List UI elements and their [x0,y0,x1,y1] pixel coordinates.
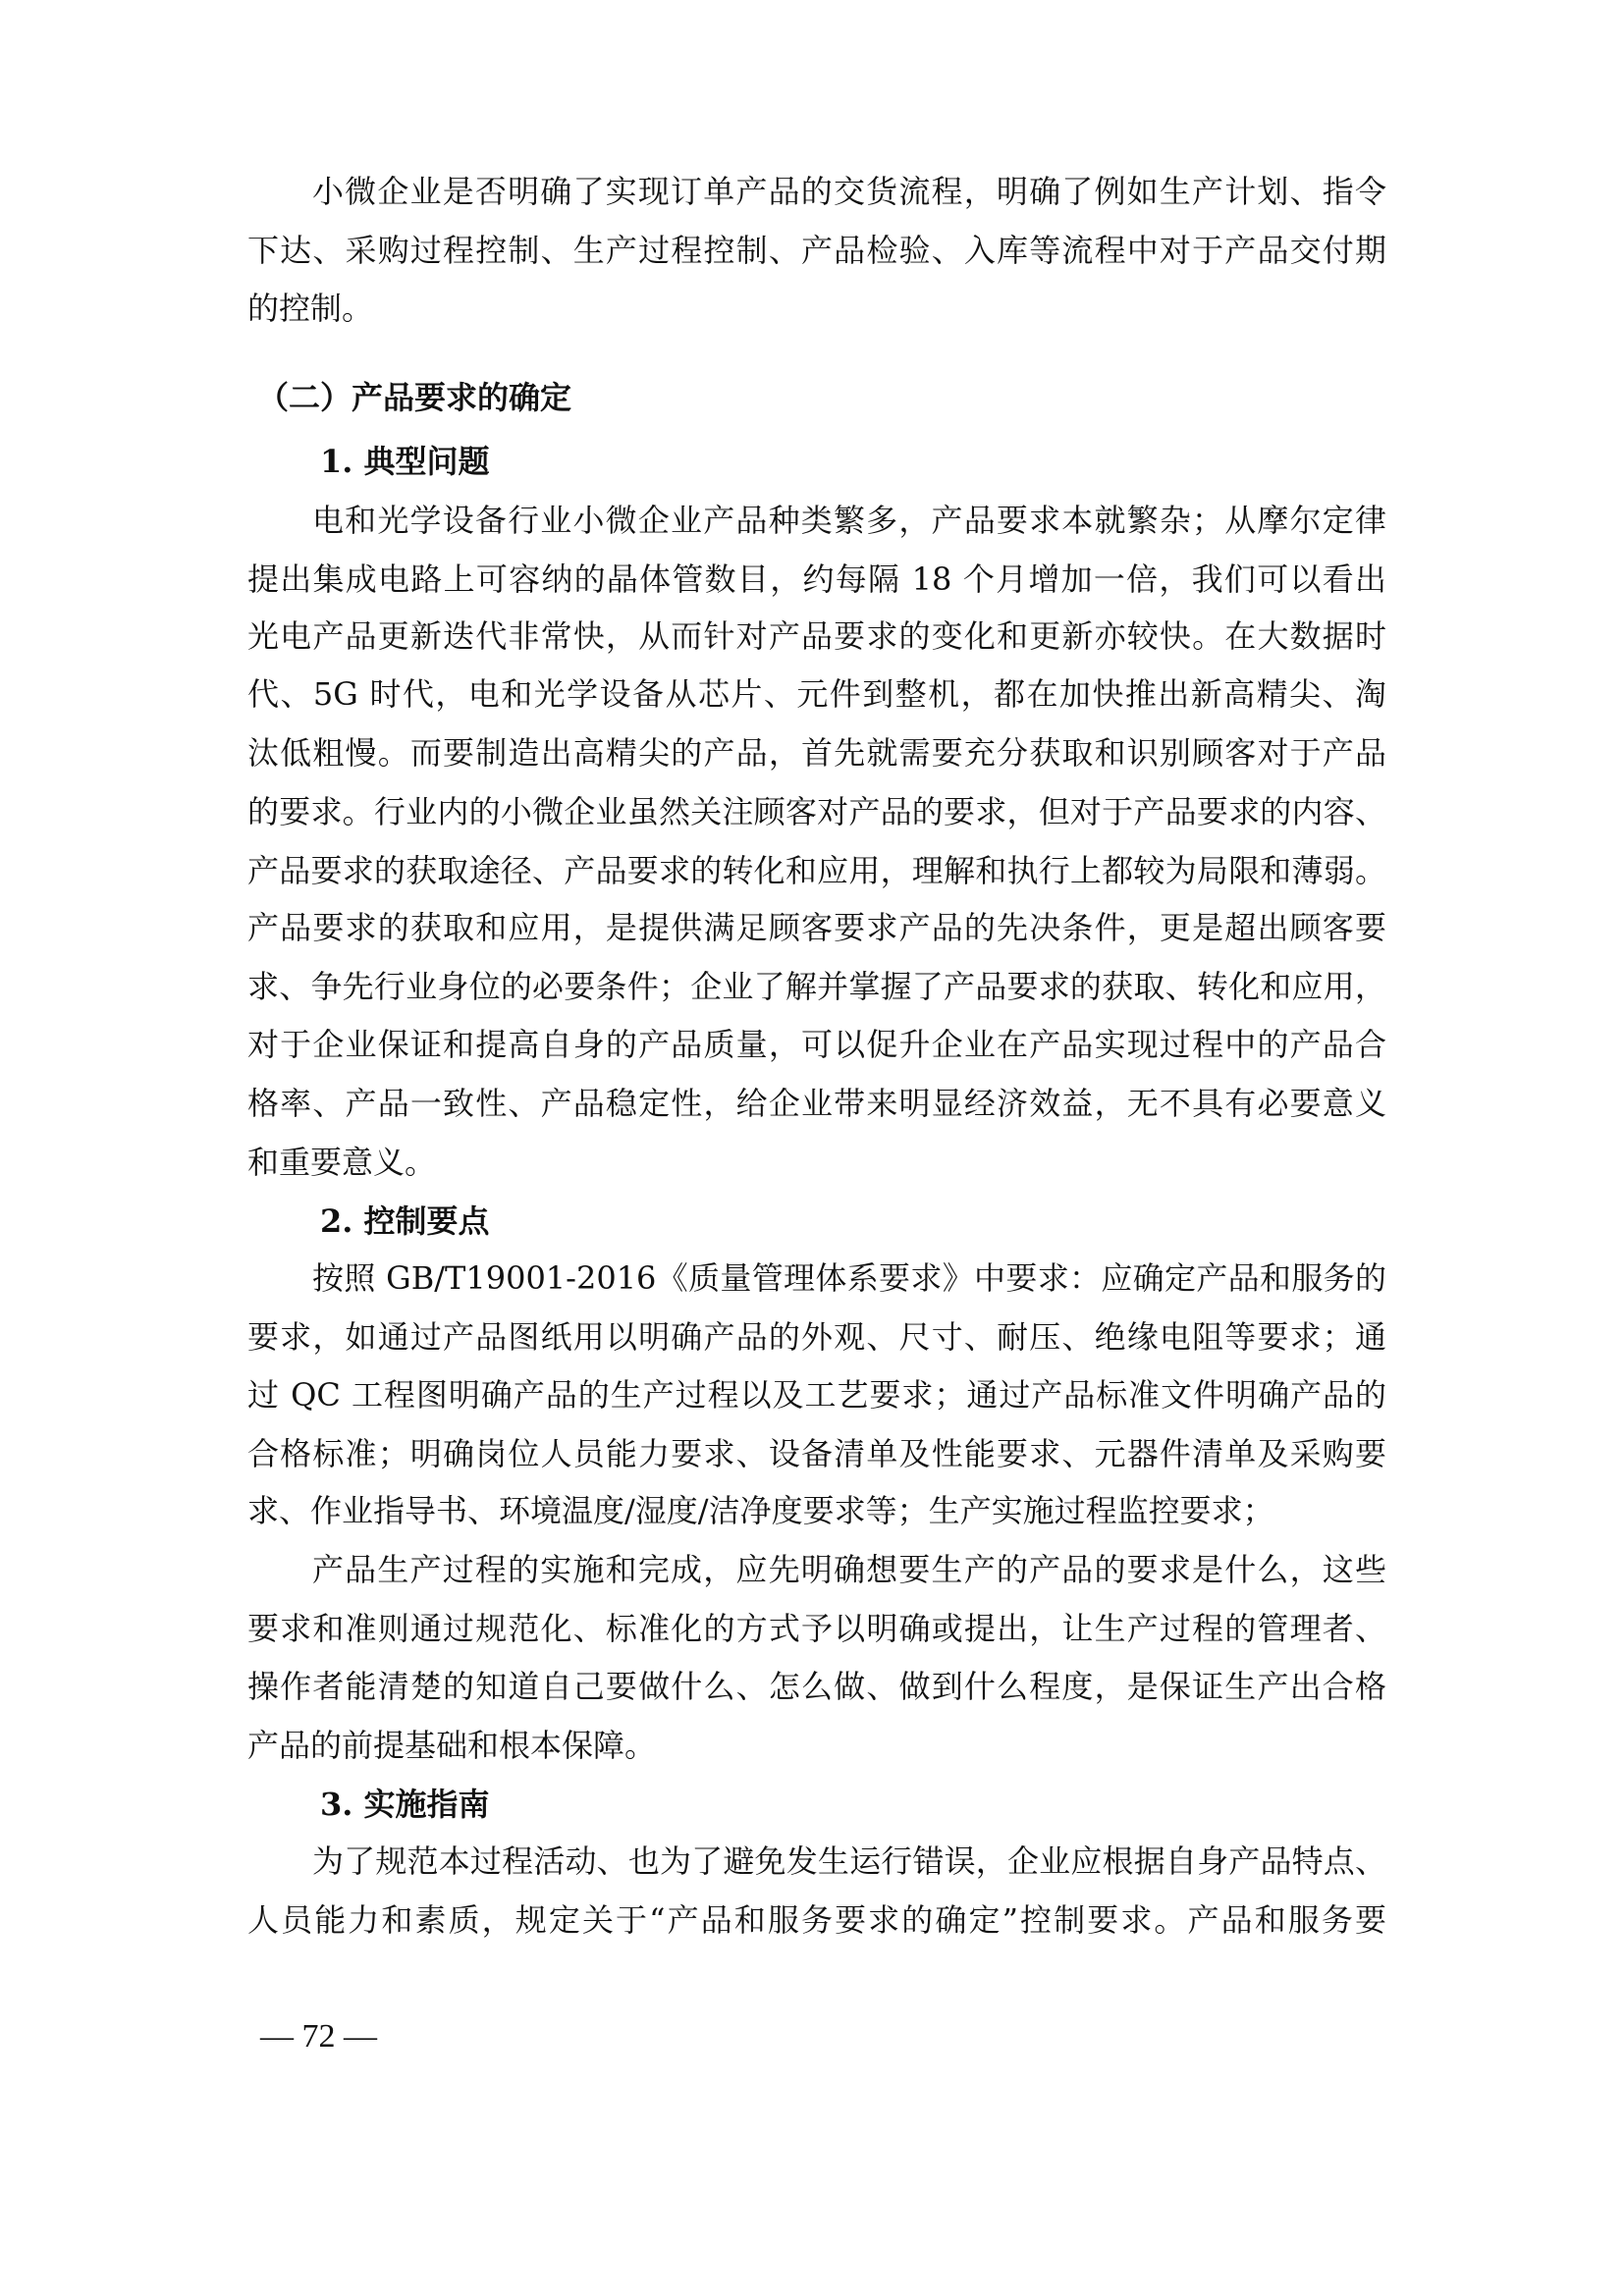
paragraph-line: 对于企业保证和提高自身的产品质量，可以促升企业在产品实现过程中的产品合 [247,1023,1386,1066]
paragraph-line: 要求，如通过产品图纸用以明确产品的外观、尺寸、耐压、绝缘电阻等要求；通 [247,1315,1386,1359]
paragraph-line: 过 QC 工程图明确产品的生产过程以及工艺要求；通过产品标准文件明确产品的 [247,1373,1386,1416]
paragraph-line: 操作者能清楚的知道自己要做什么、怎么做、做到什么程度，是保证生产出合格 [247,1665,1386,1708]
subsection-heading-implementation-guide: 3. 实施指南 [320,1783,490,1826]
paragraph-line: 的要求。行业内的小微企业虽然关注顾客对产品的要求，但对于产品要求的内容、 [247,790,1386,833]
paragraph-line: 求、争先行业身位的必要条件；企业了解并掌握了产品要求的获取、转化和应用， [247,965,1386,1008]
paragraph-line: 和重要意义。 [247,1141,1386,1184]
paragraph-line: 产品的前提基础和根本保障。 [247,1724,1386,1767]
paragraph-line: 产品生产过程的实施和完成，应先明确想要生产的产品的要求是什么，这些 [312,1548,1386,1591]
paragraph-line: 求、作业指导书、环境温度/湿度/洁净度要求等；生产实施过程监控要求； [247,1489,1386,1532]
paragraph-line: 要求和准则通过规范化、标准化的方式予以明确或提出，让生产过程的管理者、 [247,1607,1386,1650]
paragraph-line: 提出集成电路上可容纳的晶体管数目，约每隔 18 个月增加一倍，我们可以看出 [247,558,1386,601]
paragraph-line: 代、5G 时代，电和光学设备从芯片、元件到整机，都在加快推出新高精尖、淘 [247,672,1386,716]
paragraph-line: 人员能力和素质，规定关于“产品和服务要求的确定”控制要求。产品和服务要 [247,1898,1386,1942]
paragraph-line: 下达、采购过程控制、生产过程控制、产品检验、入库等流程中对于产品交付期 [247,229,1386,272]
section-heading: （二）产品要求的确定 [257,376,571,419]
paragraph-line: 的控制。 [247,287,1386,330]
paragraph-line: 为了规范本过程活动、也为了避免发生运行错误，企业应根据自身产品特点、 [312,1840,1386,1883]
paragraph-line: 电和光学设备行业小微企业产品种类繁多，产品要求本就繁杂；从摩尔定律 [312,499,1386,542]
paragraph-line: 小微企业是否明确了实现订单产品的交货流程，明确了例如生产计划、指令 [312,170,1386,213]
paragraph-line: 合格标准；明确岗位人员能力要求、设备清单及性能要求、元器件清单及采购要 [247,1432,1386,1475]
page-number: — 72 — [260,2015,377,2058]
subsection-heading-control-points: 2. 控制要点 [320,1200,490,1243]
paragraph-line: 按照 GB/T19001-2016《质量管理体系要求》中要求：应确定产品和服务的 [312,1256,1386,1300]
paragraph-line: 光电产品更新迭代非常快，从而针对产品要求的变化和更新亦较快。在大数据时 [247,614,1386,658]
paragraph-line: 格率、产品一致性、产品稳定性，给企业带来明显经济效益，无不具有必要意义 [247,1082,1386,1125]
subsection-heading-typical-problems: 1. 典型问题 [320,440,490,483]
paragraph-line: 产品要求的获取和应用，是提供满足顾客要求产品的先决条件，更是超出顾客要 [247,906,1386,949]
paragraph-line: 汰低粗慢。而要制造出高精尖的产品，首先就需要充分获取和识别顾客对于产品 [247,731,1386,774]
paragraph-line: 产品要求的获取途径、产品要求的转化和应用，理解和执行上都较为局限和薄弱。 [247,849,1386,892]
